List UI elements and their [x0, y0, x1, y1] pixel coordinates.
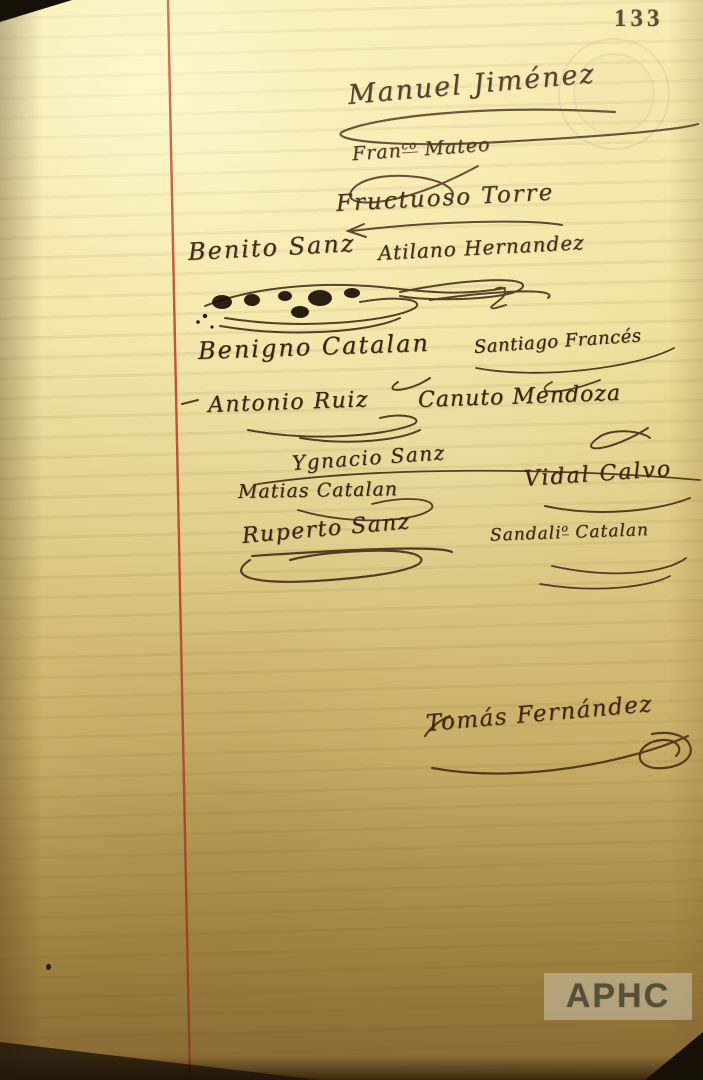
signature-franco-mateo: Franco Mateo	[351, 132, 491, 165]
flourish-ruperto-sanz	[241, 549, 452, 582]
photo-corner-shadow	[0, 0, 72, 22]
signature-illegible-ink-blot	[198, 280, 513, 328]
signature-tomas-fernandez: Tomás Fernández	[425, 691, 654, 737]
signature-vidal-calvo: Vidal Calvo	[523, 457, 673, 492]
embossed-stamp-circle	[558, 38, 670, 150]
page-number: 133	[614, 5, 664, 33]
flourish-canuto-mendoza	[591, 428, 650, 448]
signature-franco-mateo-base: Fran	[351, 140, 402, 165]
signature-franco-mateo-superscript: co	[401, 137, 418, 153]
signature-fructuoso-torre: Fructuoso Torre	[335, 180, 555, 217]
signature-santiago-frances: Santiago Francés	[473, 325, 642, 358]
photo-corner-shadow	[645, 1032, 703, 1080]
signature-canuto-mendoza: Canuto Mendoza	[418, 381, 622, 413]
signature-sandalio-rest: Catalan	[569, 520, 650, 543]
ink-speck	[46, 964, 51, 970]
signature-sandalio-base: Sandali	[490, 523, 562, 545]
signature-atilano-hernandez: Atilano Hernandez	[377, 230, 585, 265]
document-photo: 133 Manuel Jiménez Franco Mateo Fructuos…	[0, 0, 703, 1080]
aphc-watermark: APHC	[544, 973, 692, 1020]
flourish-vidal-calvo	[545, 498, 690, 512]
signature-benito-sanz: Benito Sanz	[187, 229, 356, 266]
signature-franco-mateo-rest: Mateo	[417, 134, 491, 161]
photo-corner-shadow	[0, 1042, 320, 1080]
signature-antonio-ruiz: Antonio Ruiz	[208, 387, 370, 418]
signature-ygnacio-sanz: Ygnacio Sanz	[291, 440, 446, 475]
signature-matias-catalan: Matias Catalan	[238, 478, 398, 503]
red-margin-line	[168, 0, 190, 1080]
signature-benigno-catalan: Benigno Catalan	[198, 329, 431, 365]
signature-ruperto-sanz: Ruperto Sanz	[241, 509, 412, 549]
signature-sandalio-catalan: Sandalio Catalan	[490, 519, 650, 545]
flourish-sandalio-catalan	[540, 558, 686, 589]
signature-manuel-jimenez: Manuel Jiménez	[347, 58, 597, 111]
